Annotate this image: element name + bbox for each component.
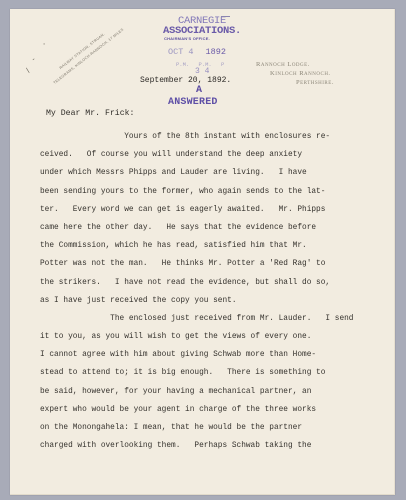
received-stamp: CARNEGIE ASSOCIATIONS. [163,16,241,36]
body-line: it to you, as you will wish to get the v… [40,328,385,346]
answered-stamp: ANSWERED [168,97,218,108]
address-line: Kinloch Rannoch. [256,69,334,78]
stamp-date: OCT 41892 [168,47,226,57]
body-line: been sending yours to the former, who ag… [40,183,385,201]
address-line: Rannoch Lodge. [256,60,334,69]
stamp-time-numbers: 3 4 [195,67,209,76]
body-line: on the Monongahela: I mean, that he woul… [40,419,385,437]
stamp-name-line: ASSOCIATIONS. [163,26,241,36]
letterhead-address: Rannoch Lodge. Kinloch Rannoch. Perthshi… [256,60,334,87]
stamp-office: CHAIRMAN'S OFFICE. [164,36,210,41]
address-line: Perthshire. [256,78,334,87]
body-line: the Commission, which he has read, satis… [40,237,385,255]
body-line: charged with overlooking them. Perhaps S… [40,437,385,455]
body-line: Yours of the 8th instant with enclosures… [40,128,385,146]
body-line: under which Messrs Phipps and Lauder are… [40,164,385,182]
letter-body: Yours of the 8th instant with enclosures… [40,128,385,455]
body-line: I cannot agree with him about giving Sch… [40,346,385,364]
body-line: came here the other day. He says that th… [40,219,385,237]
ink-mark: · [42,41,46,49]
body-line: expert who would be your agent in charge… [40,401,385,419]
stamp-mark [221,16,230,17]
body-line: ter. Every word we can get is eagerly aw… [40,201,385,219]
stamp-year: 1892 [206,47,226,57]
body-line: The enclosed just received from Mr. Laud… [40,310,385,328]
body-line: Potter was not the man. He thinks Mr. Po… [40,255,385,273]
paper-edge [394,9,395,495]
paper-edge [10,494,395,495]
body-line: stead to attend to; it is big enough. Th… [40,364,385,382]
stamp-month-day: OCT 4 [168,47,194,57]
body-line: as I have just received the copy you sen… [40,292,385,310]
body-line: ceived. Of course you will understand th… [40,146,385,164]
body-line: the strikers. I have not read the eviden… [40,274,385,292]
letter-date: September 20, 1892. [140,76,231,85]
body-line: be said, however, for your having a mech… [40,383,385,401]
salutation: My Dear Mr. Frick: [46,109,134,118]
stamp-letter: A [196,85,202,96]
